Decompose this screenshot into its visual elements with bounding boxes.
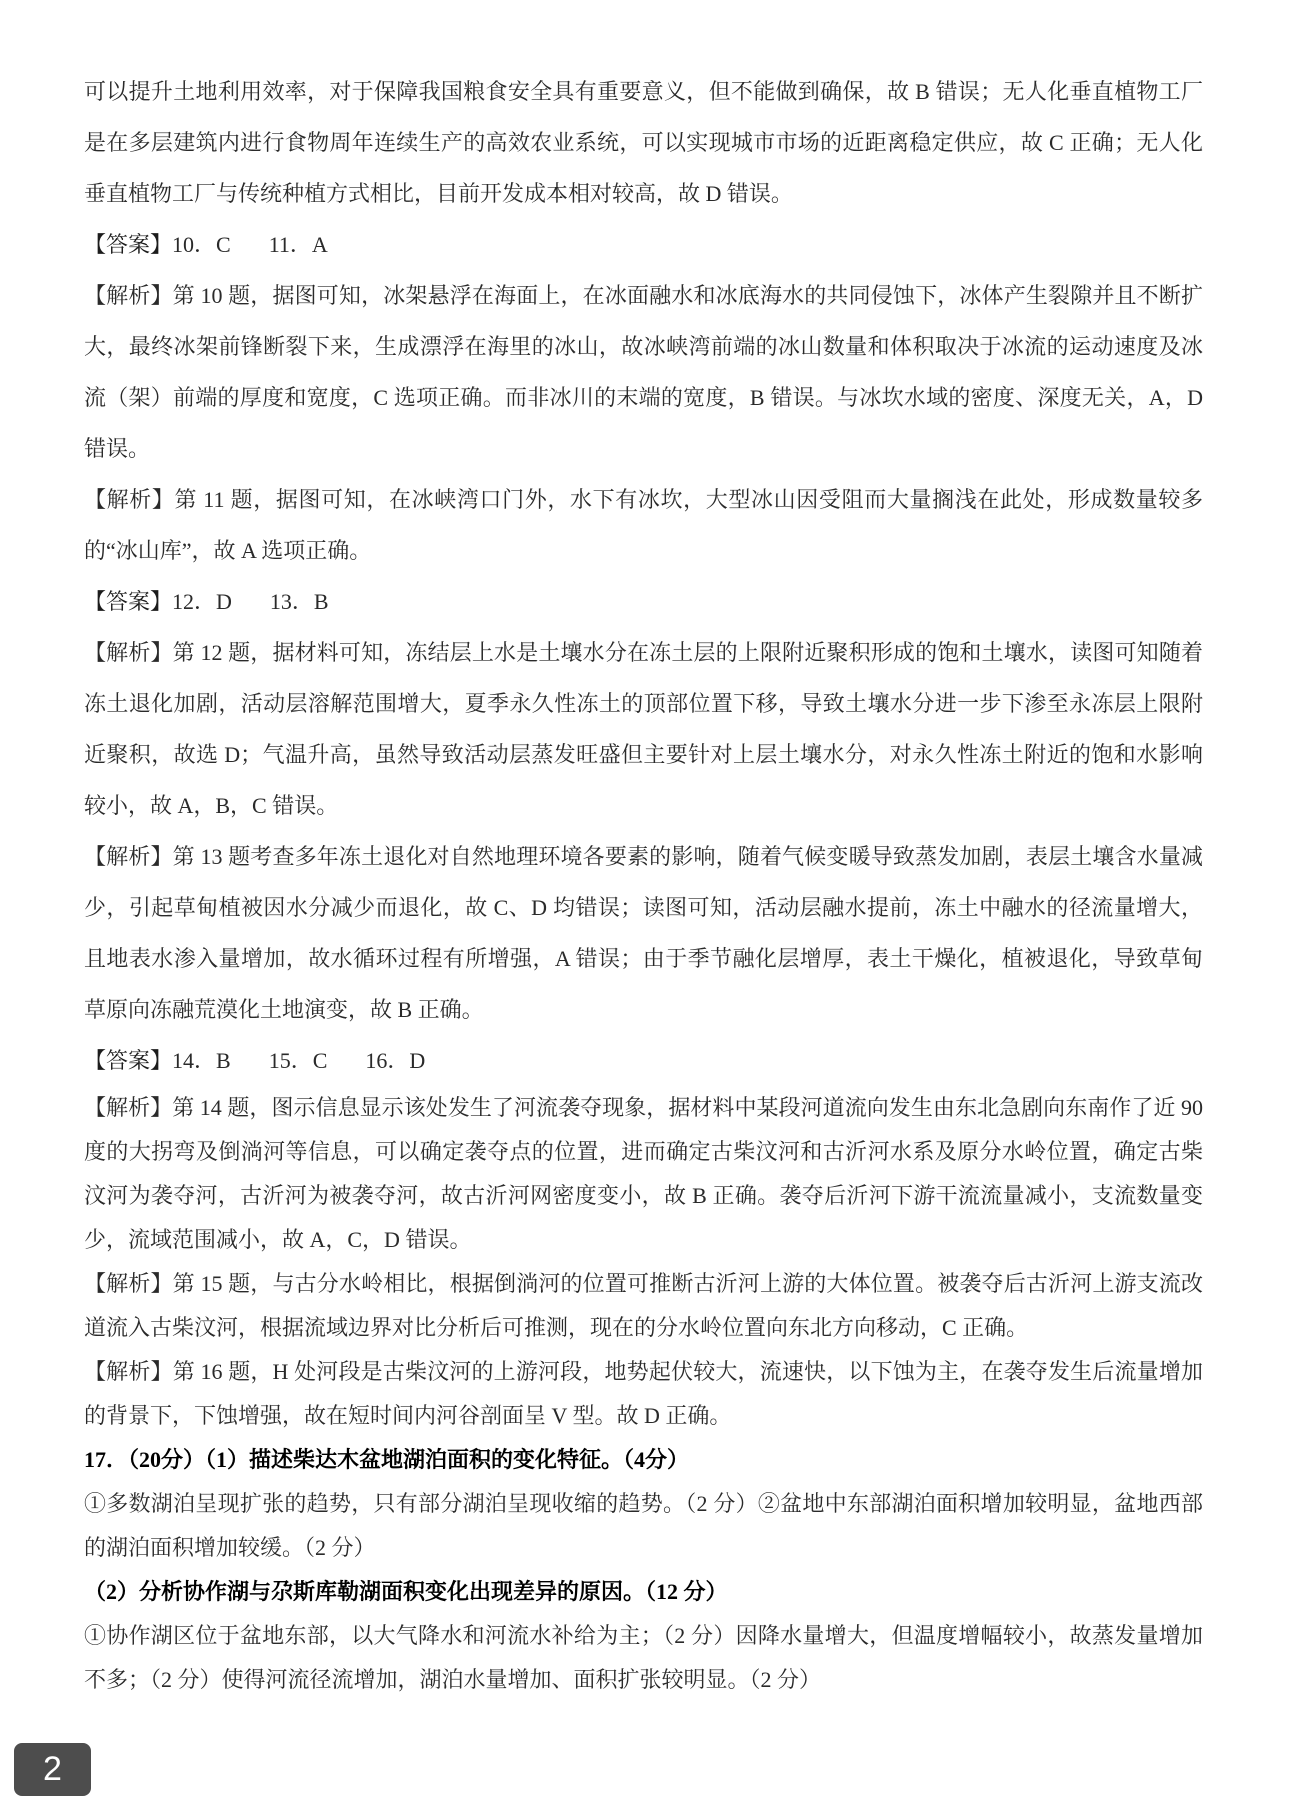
answer-label: 【答案】 bbox=[84, 232, 172, 257]
answer-item: 16．D bbox=[365, 1048, 425, 1073]
answer-label: 【答案】 bbox=[84, 1048, 172, 1073]
answer-item: 11．A bbox=[269, 232, 328, 257]
page-number: 2 bbox=[43, 1750, 62, 1789]
analysis-paragraph-q13: 【解析】第 13 题考查多年冻土退化对自然地理环境各要素的影响，随着气候变暖导致… bbox=[84, 831, 1203, 1035]
analysis-paragraph-q15: 【解析】第 15 题，与古分水岭相比，根据倒淌河的位置可推断古沂河上游的大体位置… bbox=[84, 1262, 1203, 1350]
answer-item: 12．D bbox=[172, 589, 232, 614]
paragraph-q9-continuation: 可以提升土地利用效率，对于保障我国粮食安全具有重要意义，但不能做到确保，故 B … bbox=[84, 66, 1203, 219]
analysis-paragraph-q12: 【解析】第 12 题，据材料可知，冻结层上水是土壤水分在冻土层的上限附近聚积形成… bbox=[84, 627, 1203, 831]
answer-line-12-13: 【答案】12．D13．B bbox=[84, 576, 1203, 627]
analysis-paragraph-q16: 【解析】第 16 题，H 处河段是古柴汶河的上游河段，地势起伏较大，流速快，以下… bbox=[84, 1350, 1203, 1438]
answer-line-14-16: 【答案】14．B15．C16．D bbox=[84, 1035, 1203, 1086]
answer-item: 13．B bbox=[270, 589, 329, 614]
analysis-paragraph-q14: 【解析】第 14 题，图示信息显示该处发生了河流袭夺现象，据材料中某段河道流向发… bbox=[84, 1086, 1203, 1262]
answer-line-10-11: 【答案】10．C11．A bbox=[84, 219, 1203, 270]
answer-item: 15．C bbox=[269, 1048, 328, 1073]
answer-key-content: 可以提升土地利用效率，对于保障我国粮食安全具有重要意义，但不能做到确保，故 B … bbox=[0, 0, 1290, 1702]
page-number-badge: 2 bbox=[14, 1743, 91, 1796]
question-17-part1-heading: 17．（20分）（1）描述柴达木盆地湖泊面积的变化特征。（4分） bbox=[84, 1438, 1203, 1482]
analysis-paragraph-q10: 【解析】第 10 题，据图可知，冰架悬浮在海面上，在冰面融水和冰底海水的共同侵蚀… bbox=[84, 270, 1203, 474]
question-17-part1-answer: ①多数湖泊呈现扩张的趋势，只有部分湖泊呈现收缩的趋势。（2 分）②盆地中东部湖泊… bbox=[84, 1482, 1203, 1570]
answer-item: 10．C bbox=[172, 232, 231, 257]
document-page: 可以提升土地利用效率，对于保障我国粮食安全具有重要意义，但不能做到确保，故 B … bbox=[0, 0, 1290, 1802]
question-17-part2-answer: ①协作湖区位于盆地东部，以大气降水和河流水补给为主；（2 分）因降水量增大，但温… bbox=[84, 1614, 1203, 1702]
answer-label: 【答案】 bbox=[84, 589, 172, 614]
answer-item: 14．B bbox=[172, 1048, 231, 1073]
question-17-part2-heading: （2）分析协作湖与尕斯库勒湖面积变化出现差异的原因。（12 分） bbox=[84, 1570, 1203, 1614]
analysis-paragraph-q11: 【解析】第 11 题，据图可知，在冰峡湾口门外，水下有冰坎，大型冰山因受阻而大量… bbox=[84, 474, 1203, 576]
